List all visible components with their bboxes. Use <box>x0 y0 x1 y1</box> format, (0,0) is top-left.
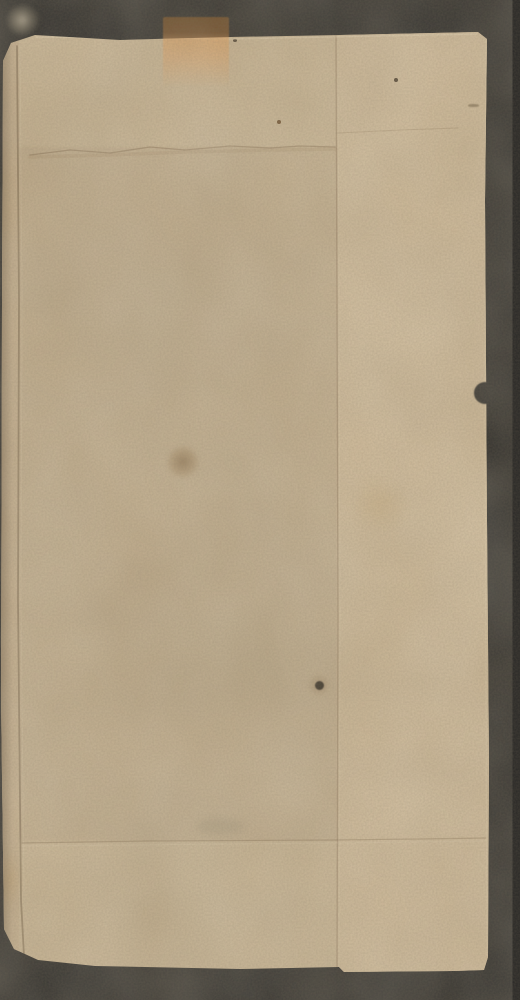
book-page <box>0 0 520 1000</box>
spine-headband-fuzz <box>5 3 41 37</box>
paper-mottling <box>0 0 520 1000</box>
scan-viewport <box>0 0 520 1000</box>
